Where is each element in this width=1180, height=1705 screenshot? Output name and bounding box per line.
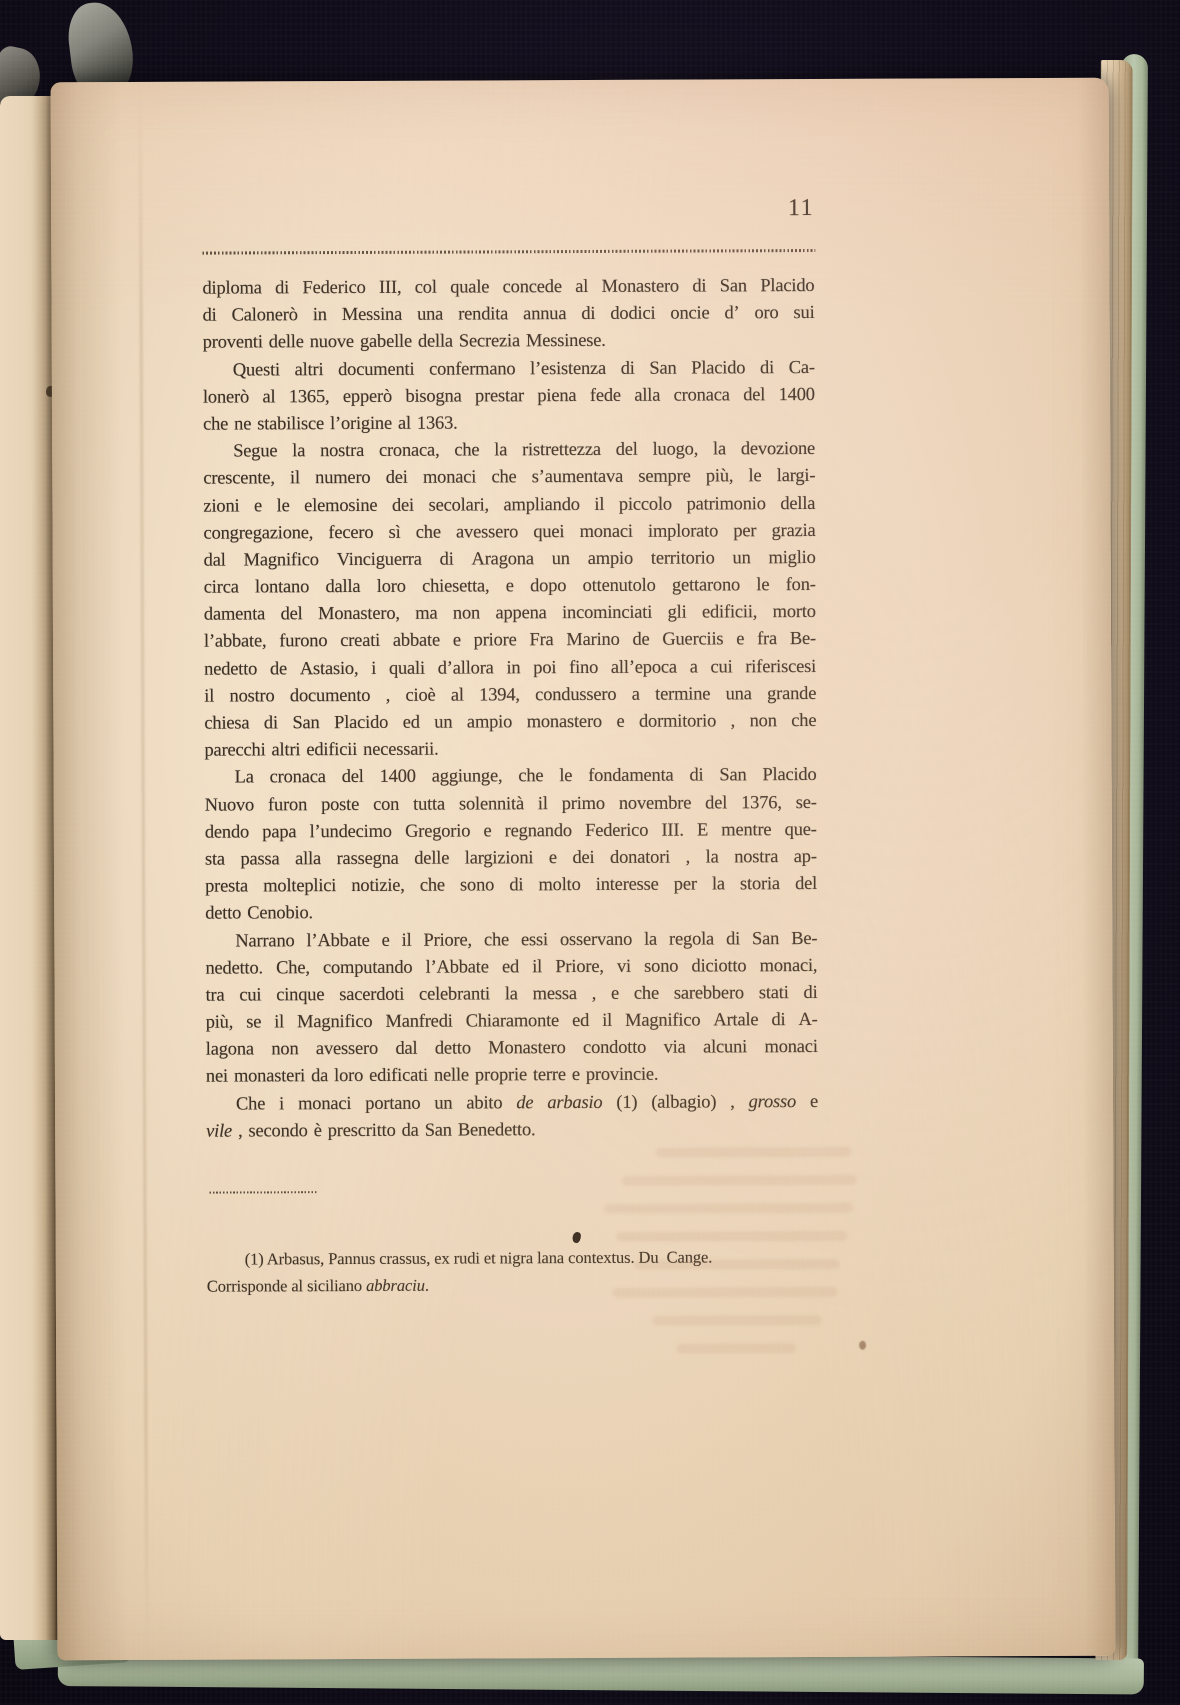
word: primo xyxy=(562,790,605,817)
word: fino xyxy=(569,655,598,682)
word: edificii, xyxy=(702,599,757,626)
word: storia xyxy=(740,871,780,898)
word: lagona xyxy=(206,1037,254,1064)
italic-word: arbasio xyxy=(547,1090,602,1117)
word: al xyxy=(451,682,464,709)
word: Monastero, xyxy=(318,601,400,629)
word: notizie, xyxy=(351,873,404,900)
word: Messinese. xyxy=(526,328,606,356)
word: patrimonio xyxy=(686,491,765,519)
text-line: parecchialtriedificiinecessarii. xyxy=(204,735,816,765)
word: Segue xyxy=(233,438,277,465)
word: di xyxy=(760,355,774,382)
show-through-ghost-text xyxy=(676,1343,796,1354)
word: lonerò xyxy=(203,384,249,411)
word: non xyxy=(271,1036,298,1063)
word: che xyxy=(416,519,441,546)
word: San xyxy=(752,926,779,953)
word: all’epoca xyxy=(611,654,677,681)
word: Che, xyxy=(276,955,310,982)
text-line: nedetto.Che,computandol’AbbateedilPriore… xyxy=(205,953,817,983)
word: dendo xyxy=(205,819,249,846)
word: di xyxy=(581,301,595,328)
word: de xyxy=(270,656,287,683)
word: le xyxy=(277,493,290,520)
word: prestar xyxy=(475,383,524,410)
word: abito xyxy=(466,1090,502,1117)
word: circa xyxy=(204,575,239,602)
word: condussero xyxy=(535,682,616,710)
word: del xyxy=(743,382,765,409)
word: al xyxy=(262,384,275,411)
word: loro xyxy=(334,1063,363,1090)
word: d’allora xyxy=(438,655,494,682)
word: chiesa xyxy=(204,710,249,737)
show-through-ghost-text xyxy=(616,1231,848,1242)
word: dal xyxy=(204,547,226,574)
word: San xyxy=(719,763,746,790)
word: monaci xyxy=(579,518,632,545)
word: Chiaramonte xyxy=(466,1008,559,1036)
word: rendita xyxy=(458,302,508,329)
word: fon- xyxy=(786,572,816,599)
word: di xyxy=(621,355,635,382)
word: il xyxy=(594,491,604,518)
word: via xyxy=(664,1035,686,1062)
word: che xyxy=(491,465,516,492)
word: del xyxy=(342,764,364,791)
word: vi xyxy=(617,953,631,980)
word: territorio xyxy=(651,545,715,572)
text-line: Seguelanostracronaca,chelaristrettezzade… xyxy=(203,436,815,466)
word: Placido xyxy=(334,710,388,737)
word: largi- xyxy=(777,463,816,490)
word: al xyxy=(398,411,411,438)
header-dotted-rule xyxy=(202,249,815,255)
word: presta xyxy=(205,874,248,901)
word: Benedetto. xyxy=(458,1117,536,1145)
word: necessarii. xyxy=(363,737,438,765)
printed-text-area: 11 diplomadiFedericoIII,colqualeconcedea… xyxy=(202,79,814,82)
word: Che xyxy=(236,1091,265,1118)
word: Priore, xyxy=(555,954,604,981)
word: il xyxy=(290,466,300,493)
word: chiesetta, xyxy=(422,573,489,600)
word: Placido xyxy=(760,273,814,300)
show-through-ghost-text xyxy=(655,1147,851,1158)
word: da xyxy=(311,1064,328,1091)
word: ed xyxy=(502,954,519,981)
word: le xyxy=(559,763,572,790)
word: del xyxy=(795,871,817,898)
word: e xyxy=(572,1062,580,1089)
word: una xyxy=(417,302,443,329)
word: Astasio, xyxy=(300,656,359,683)
word: implorato xyxy=(648,518,718,546)
word: il xyxy=(538,791,548,818)
word: Monastero xyxy=(488,1035,565,1063)
word: un xyxy=(434,710,452,737)
word: la xyxy=(505,981,518,1008)
text: (1) Arbasus, Pannus crassus, ex rudi et … xyxy=(245,1247,713,1268)
word: del xyxy=(281,601,303,628)
word: nedetto. xyxy=(205,955,263,982)
word: la xyxy=(644,926,657,953)
word: del xyxy=(616,437,638,464)
word: , xyxy=(592,981,597,1008)
book-page: 11 diplomadiFedericoIII,colqualeconcedea… xyxy=(51,78,1116,1661)
word: e xyxy=(611,981,619,1008)
word: secondo xyxy=(248,1118,307,1145)
text-line: prestamolteplicinotizie,chesonodimoltoin… xyxy=(205,871,817,901)
word: San xyxy=(292,710,319,737)
word: è xyxy=(314,1118,322,1145)
word: del xyxy=(705,790,727,817)
word: l’origine xyxy=(330,411,392,438)
word: crescente, xyxy=(203,466,275,494)
word: oro xyxy=(754,300,778,327)
word: l’Abbate xyxy=(426,954,489,981)
word: che xyxy=(791,708,816,735)
word: alla xyxy=(295,846,321,873)
word: per xyxy=(674,872,697,899)
word: sarebbero xyxy=(674,980,744,1008)
word: Guerciis xyxy=(662,627,723,654)
word: cronaca xyxy=(674,382,730,409)
word: ma xyxy=(415,601,437,628)
word: le xyxy=(756,572,769,599)
paragraph: Seguelanostracronaca,chelaristrettezzade… xyxy=(203,436,816,765)
word: fondamenta xyxy=(588,763,673,791)
word: avessero xyxy=(316,1036,378,1063)
word: da xyxy=(402,1118,419,1145)
paragraph: Lacronacadel1400aggiunge,chelefondamenta… xyxy=(205,762,818,928)
word: sono xyxy=(644,953,678,980)
word: fra xyxy=(757,627,777,654)
word: ed xyxy=(403,710,420,737)
word: abbate xyxy=(393,628,440,655)
word: diciotto xyxy=(691,953,746,980)
word: 1400 xyxy=(779,382,815,409)
word: più, xyxy=(706,464,734,491)
word: dodici xyxy=(610,301,655,328)
word: ampio xyxy=(588,546,633,573)
text-line: zionieleelemosinedeisecolari,ampliandoil… xyxy=(203,490,815,520)
word: grazia xyxy=(771,518,815,545)
word: non xyxy=(750,708,777,735)
word: di xyxy=(803,980,817,1007)
word: furon xyxy=(268,792,307,819)
word: e xyxy=(736,627,744,654)
word: di xyxy=(771,1007,785,1034)
word: delle xyxy=(269,330,304,357)
word: San xyxy=(720,273,747,300)
word: cinque xyxy=(276,982,324,1009)
word: nostra xyxy=(734,844,778,871)
word: miglio xyxy=(768,545,815,572)
word: gabelle xyxy=(360,329,412,356)
italic-word: de xyxy=(516,1090,533,1117)
paragraph: Cheimonaciportanounabitodearbasio(1)(alb… xyxy=(206,1089,818,1146)
word: loro xyxy=(377,574,406,601)
word: portano xyxy=(365,1090,420,1117)
word: secolari, xyxy=(429,492,489,519)
word: nelle xyxy=(434,1063,469,1090)
word: creati xyxy=(340,628,380,655)
word: monaci xyxy=(764,1034,817,1061)
word: Vinciguerra xyxy=(337,547,422,575)
word: A- xyxy=(798,1007,817,1034)
word: della xyxy=(418,329,453,356)
word: il xyxy=(602,1008,612,1035)
word: tra xyxy=(205,982,224,1009)
word: essi xyxy=(521,927,548,954)
text-line: stapassaallarassegnadellelargizioniedeid… xyxy=(205,844,817,874)
word: Calonerò xyxy=(232,302,298,329)
word: novembre xyxy=(619,790,691,818)
word: que- xyxy=(785,817,817,844)
word: quei xyxy=(533,519,564,546)
word: per xyxy=(733,518,756,545)
word: 1365, xyxy=(289,384,330,411)
word: congregazione, xyxy=(203,520,313,548)
word: celebranti xyxy=(419,981,490,1009)
word: gli xyxy=(668,600,687,627)
word: nostra xyxy=(320,438,364,465)
word: di xyxy=(509,872,523,899)
word: Marino xyxy=(566,627,619,654)
word: che xyxy=(484,927,509,954)
text-line: diCaloneròinMessinaunarenditaannuadidodi… xyxy=(203,300,815,330)
word: edificii xyxy=(306,737,357,764)
word: con xyxy=(373,791,399,818)
word: riferiscesi xyxy=(745,654,816,682)
word: de xyxy=(632,627,649,654)
word: cronaca xyxy=(270,764,326,791)
word: lontano xyxy=(255,574,309,601)
word: rassegna xyxy=(337,846,399,873)
word: , xyxy=(686,844,691,871)
word: Priore, xyxy=(423,927,472,954)
word: 1363. xyxy=(417,410,458,437)
italic-word: grosso xyxy=(749,1089,797,1116)
footnote-separator-rule xyxy=(209,1191,316,1194)
text-line: chenestabiliscel’origineal1363. xyxy=(203,409,815,439)
word: di xyxy=(203,303,217,330)
word: terre xyxy=(533,1063,566,1090)
word: della xyxy=(780,490,815,517)
word: dopo xyxy=(530,573,566,600)
text-line: tracuicinquesacerdoticelebrantilamessa,e… xyxy=(205,980,817,1010)
word: osservano xyxy=(560,926,632,954)
word: solennità xyxy=(459,791,524,818)
paragraph: Narranol’AbbateeilPriore,cheessiosservan… xyxy=(205,925,818,1091)
word: (albagio) xyxy=(651,1089,716,1116)
word: d’ xyxy=(724,300,739,327)
word: ampliando xyxy=(503,492,579,520)
word: dormitorio xyxy=(639,708,716,736)
word: l’esistenza xyxy=(530,355,606,383)
text-line: Questialtridocumenticonfermanol’esistenz… xyxy=(203,355,815,385)
italic-text: abbraciu xyxy=(366,1276,425,1295)
word: detto xyxy=(435,1036,471,1063)
word: , xyxy=(730,1089,735,1116)
word: grande xyxy=(767,681,816,708)
word: Cenobio. xyxy=(247,900,313,927)
word: Questi xyxy=(233,357,280,384)
word: di xyxy=(440,546,454,573)
word: un xyxy=(552,546,570,573)
word: damenta xyxy=(204,602,265,629)
word: delle xyxy=(414,846,449,873)
word: Federico xyxy=(302,275,365,302)
footnote-line: Corrisponde al siciliano abbraciu. xyxy=(207,1270,819,1300)
word: computando xyxy=(323,954,413,982)
word: di xyxy=(692,273,706,300)
text-line: congregazione,fecerosìcheavesseroqueimon… xyxy=(203,518,815,548)
book-photo: 11 diplomadiFedericoIII,colqualeconcedea… xyxy=(0,0,1180,1705)
word: non xyxy=(453,601,480,628)
word: 1400 xyxy=(380,764,416,791)
text-line: lagonanonavesserodaldettoMonasterocondot… xyxy=(206,1034,818,1064)
word: monaci xyxy=(423,465,476,492)
text-line: Cheimonaciportanounabitodearbasio(1)(alb… xyxy=(206,1089,818,1119)
paragraph: diplomadiFedericoIII,colqualeconcedealMo… xyxy=(202,273,814,357)
word: e xyxy=(453,628,461,655)
word: sta xyxy=(205,847,225,874)
word: documento xyxy=(290,683,371,711)
word: concede xyxy=(503,274,562,301)
word: confermano xyxy=(429,356,515,384)
word: tutta xyxy=(413,791,445,818)
word: che xyxy=(634,981,659,1008)
text: . xyxy=(425,1276,429,1295)
word: dalla xyxy=(325,574,360,601)
word: che xyxy=(454,438,479,465)
word: la xyxy=(494,437,507,464)
word: i xyxy=(279,1091,284,1118)
word: Ca- xyxy=(789,355,815,382)
text-line: crescente,ilnumerodeimonaciches’aumentav… xyxy=(203,463,815,493)
word: regola xyxy=(669,926,714,953)
word: il xyxy=(532,954,542,981)
word: III, xyxy=(379,275,401,302)
word: s’aumentava xyxy=(532,464,623,492)
word: sono xyxy=(460,873,494,900)
word: sui xyxy=(793,300,814,327)
word: Federico xyxy=(585,817,648,844)
text-line: damentadelMonastero,manonappenaincominci… xyxy=(204,599,816,629)
word: (1) xyxy=(616,1089,637,1116)
text-line: Nuovofuronpostecontuttasolennitàilprimon… xyxy=(205,790,817,820)
italic-word: vile xyxy=(206,1118,232,1145)
word: il xyxy=(402,927,412,954)
word: annua xyxy=(523,301,566,328)
word: La xyxy=(235,765,254,792)
word: termine xyxy=(655,681,710,708)
word: 1394, xyxy=(479,682,520,709)
word: Monastero xyxy=(602,274,679,302)
page-body-text: diplomadiFedericoIII,colqualeconcedealMo… xyxy=(202,273,818,1146)
page-number: 11 xyxy=(202,195,814,225)
text-line: vile,secondoèprescrittodaSanBenedetto. xyxy=(206,1116,818,1146)
word: Placido xyxy=(762,762,816,789)
show-through-ghost-text xyxy=(652,1315,822,1326)
word: nedetto xyxy=(204,656,257,683)
word: il xyxy=(204,683,214,710)
word: , xyxy=(386,683,391,710)
word: dei xyxy=(572,845,594,872)
word: furono xyxy=(279,629,327,656)
word: , xyxy=(238,1118,243,1145)
word: stati xyxy=(759,980,789,1007)
word: l’undecimo xyxy=(310,819,392,847)
word: sempre xyxy=(638,464,690,491)
word: prescritto xyxy=(328,1118,396,1145)
word: oncie xyxy=(670,301,709,328)
word: il xyxy=(274,1009,284,1036)
ink-blot xyxy=(571,1231,581,1244)
word: e xyxy=(506,573,514,600)
word: incominciati xyxy=(562,600,652,628)
word: stabilisce xyxy=(257,411,324,438)
word: Placido xyxy=(691,355,745,382)
word: San xyxy=(649,355,676,382)
text-line: dettoCenobio. xyxy=(205,898,817,928)
word: papa xyxy=(262,819,296,846)
word: quali xyxy=(389,655,425,682)
word: documenti xyxy=(338,356,414,384)
word: Manfredi xyxy=(385,1009,452,1036)
text-line: ilnostrodocumento,cioèal1394,condusseroa… xyxy=(204,681,816,711)
word: ottenutolo xyxy=(583,573,656,601)
word: passa xyxy=(240,846,279,873)
word: Artale xyxy=(713,1007,758,1034)
word: edificati xyxy=(369,1063,428,1090)
paragraph: Questialtridocumenticonfermanol’esistenz… xyxy=(203,355,815,439)
word: interesse xyxy=(596,872,659,899)
word: fecero xyxy=(328,520,373,547)
word: sì xyxy=(389,519,401,546)
text-line: Narranol’AbbateeilPriore,cheessiosservan… xyxy=(205,925,817,955)
word: zioni xyxy=(203,493,239,520)
word: poste xyxy=(321,792,359,819)
word: epperò xyxy=(343,384,392,411)
text-line: dendopapal’undecimoGregorioeregnandoFede… xyxy=(205,817,817,847)
text-line: più,seilMagnificoManfrediChiaramonteedil… xyxy=(206,1007,818,1037)
word: San xyxy=(425,1117,452,1144)
word: molto xyxy=(538,872,580,899)
word: nei xyxy=(206,1064,228,1091)
word: Be- xyxy=(790,626,816,653)
word: fede xyxy=(590,383,621,410)
word: poi xyxy=(533,655,556,682)
word: Secrezia xyxy=(459,329,520,356)
text-line: nedettodeAstasio,iqualid’allorainpoifino… xyxy=(204,654,816,684)
word: col xyxy=(415,275,437,302)
word: di xyxy=(264,710,278,737)
word: nuove xyxy=(310,329,354,356)
word: appena xyxy=(495,600,546,627)
word: Narrano xyxy=(235,928,294,955)
ink-speck xyxy=(859,1341,866,1350)
word: ne xyxy=(234,411,251,438)
text-line: chiesadiSanPlacidoedunampiomonasteroedor… xyxy=(204,708,816,738)
word: piccolo xyxy=(619,491,672,518)
word: e xyxy=(483,818,491,845)
word: e xyxy=(810,1089,818,1116)
word: monastero xyxy=(527,709,602,737)
